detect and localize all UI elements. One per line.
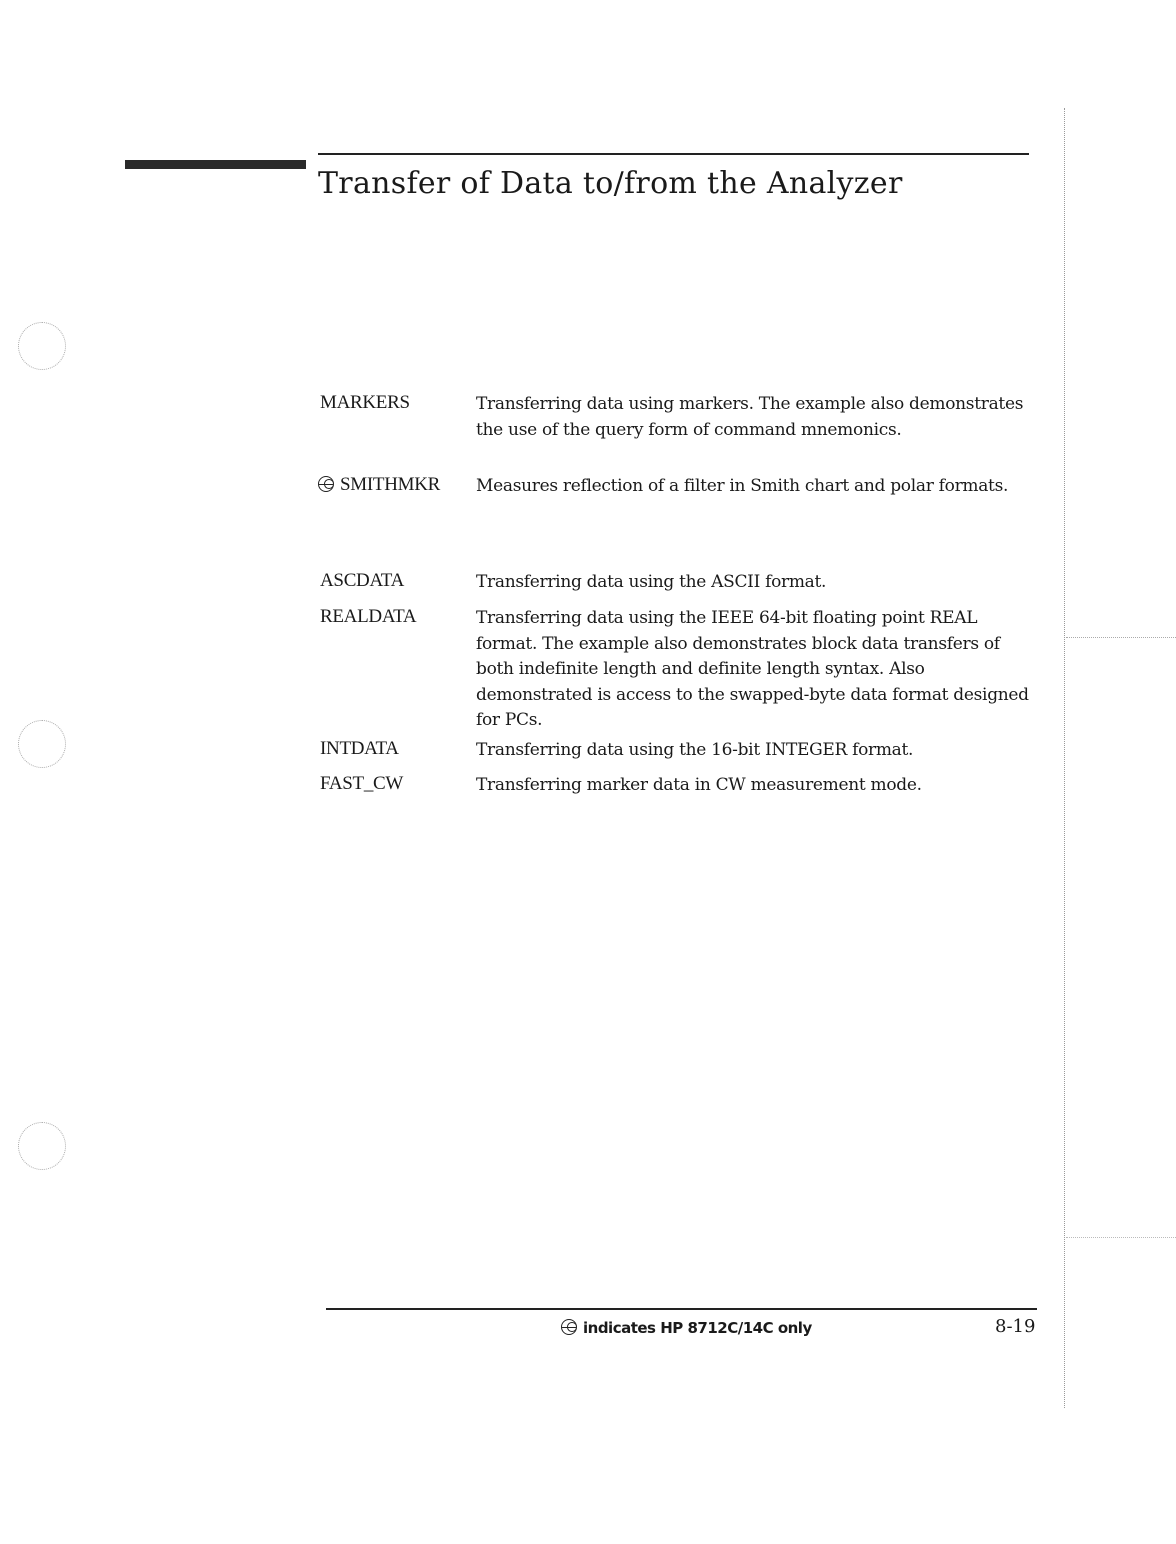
footer-rule xyxy=(326,1308,1037,1310)
smith-chart-icon xyxy=(561,1319,577,1335)
entry-description: Transferring data using the ASCII format… xyxy=(476,570,1036,596)
punch-hole-bottom xyxy=(18,1122,66,1170)
entry-description: Measures reflection of a filter in Smith… xyxy=(476,474,1036,500)
page-edge-line xyxy=(1064,108,1065,1408)
page-number: 8-19 xyxy=(995,1316,1035,1337)
section-marker-bar xyxy=(125,160,306,169)
smith-chart-icon xyxy=(318,476,334,492)
entry-description: Transferring data using the 16-bit INTEG… xyxy=(476,738,1036,764)
entry-name: SMITHMKR xyxy=(318,474,440,496)
footer-note-text: indicates HP 8712C/14C only xyxy=(583,1319,812,1337)
page-edge-mark xyxy=(1066,1237,1176,1238)
header-rule xyxy=(318,153,1029,155)
entry-name: REALDATA xyxy=(320,606,416,628)
page-edge-mark xyxy=(1066,637,1176,638)
entry-name: ASCDATA xyxy=(320,570,404,592)
page-title: Transfer of Data to/from the Analyzer xyxy=(318,166,903,201)
entry-name: INTDATA xyxy=(320,738,399,760)
entry-description: Transferring data using the IEEE 64-bit … xyxy=(476,606,1036,734)
entry-name: MARKERS xyxy=(320,392,410,414)
punch-hole-middle xyxy=(18,720,66,768)
entry-name: FAST_CW xyxy=(320,773,403,795)
entry-name-text: SMITHMKR xyxy=(340,474,440,495)
footer-note: indicates HP 8712C/14C only xyxy=(561,1319,812,1337)
punch-hole-top xyxy=(18,322,66,370)
entry-description: Transferring marker data in CW measureme… xyxy=(476,773,1036,799)
entry-description: Transferring data using markers. The exa… xyxy=(476,392,1036,443)
